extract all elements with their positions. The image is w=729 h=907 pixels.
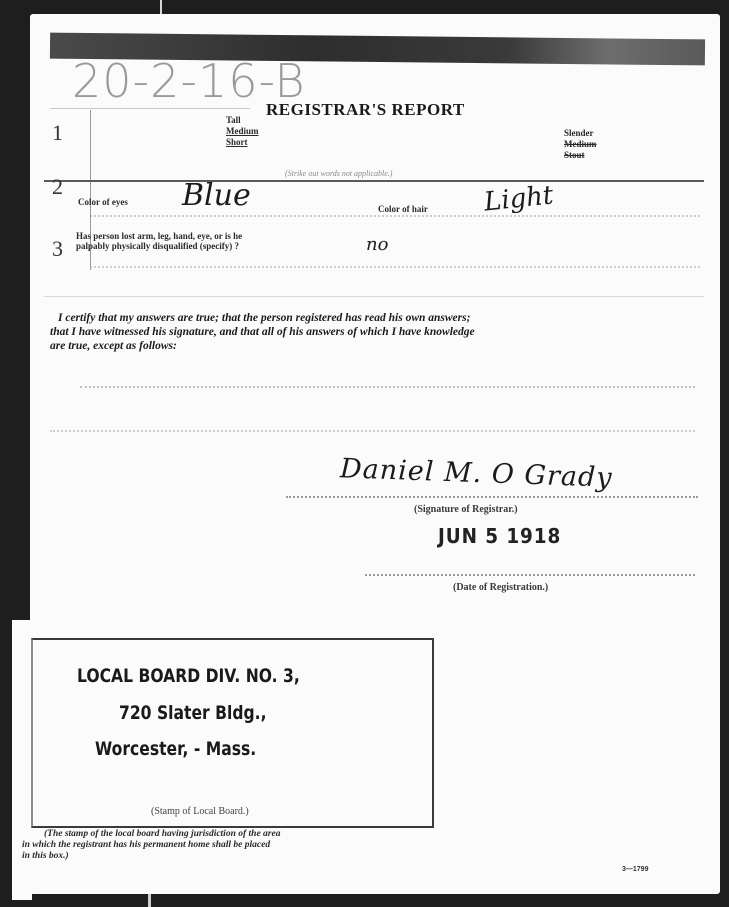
disqualification-question: Has person lost arm, leg, hand, eye, or …: [76, 231, 242, 252]
row-number: 3: [52, 236, 63, 262]
registrar-signature: Daniel M. O Grady: [340, 453, 614, 493]
stamp-board-name: LOCAL BOARD DIV. NO. 3,: [77, 665, 300, 687]
stamp-address: 720 Slater Bldg.,: [119, 702, 267, 724]
dotted-line: [90, 215, 700, 217]
build-option-slender: Slender: [564, 128, 597, 139]
disqualification-answer: no: [366, 234, 388, 255]
eye-color-value: Blue: [182, 178, 251, 213]
form-number: 3—1799: [622, 866, 648, 873]
height-option-medium: Medium: [226, 126, 259, 137]
height-options: Tall Medium Short: [226, 115, 259, 147]
hair-color-label: Color of hair: [378, 204, 428, 214]
hair-color-value: Light: [483, 180, 555, 217]
build-options: Slender Medium Stout: [564, 128, 597, 160]
registration-card: 20-2-16-B REGISTRAR'S REPORT 1 Tall Medi…: [30, 14, 720, 894]
stamp-caption: (Stamp of Local Board.): [151, 806, 249, 817]
signature-line: [286, 496, 698, 498]
row-number: 2: [52, 174, 63, 200]
local-board-stamp-box: LOCAL BOARD DIV. NO. 3, 720 Slater Bldg.…: [31, 638, 434, 828]
eye-color-label: Color of eyes: [78, 197, 128, 207]
divider: [50, 108, 250, 109]
report-title: REGISTRAR'S REPORT: [266, 100, 465, 120]
height-option-tall: Tall: [226, 115, 259, 126]
serial-number-stamp: 20-2-16-B: [72, 58, 306, 104]
build-option-stout: Stout: [564, 150, 597, 161]
registration-date-stamp: JUN 5 1918: [438, 524, 561, 548]
build-option-medium: Medium: [564, 139, 597, 150]
height-option-short: Short: [226, 137, 259, 148]
row-number: 1: [52, 120, 63, 146]
certification-text: I certify that my answers are true; that…: [50, 312, 705, 353]
date-caption: (Date of Registration.): [453, 582, 548, 593]
date-line: [365, 574, 695, 576]
signature-caption: (Signature of Registrar.): [414, 504, 518, 515]
stamp-instructions: (The stamp of the local board having jur…: [22, 829, 434, 862]
stamp-city: Worcester, - Mass.: [95, 738, 256, 760]
dotted-line: [90, 266, 700, 268]
section-divider: [44, 296, 704, 297]
exceptions-line: [50, 430, 695, 432]
strike-out-note: (Strike out words not applicable.): [285, 169, 392, 178]
row-divider: [44, 180, 704, 182]
exceptions-line: [80, 386, 695, 388]
